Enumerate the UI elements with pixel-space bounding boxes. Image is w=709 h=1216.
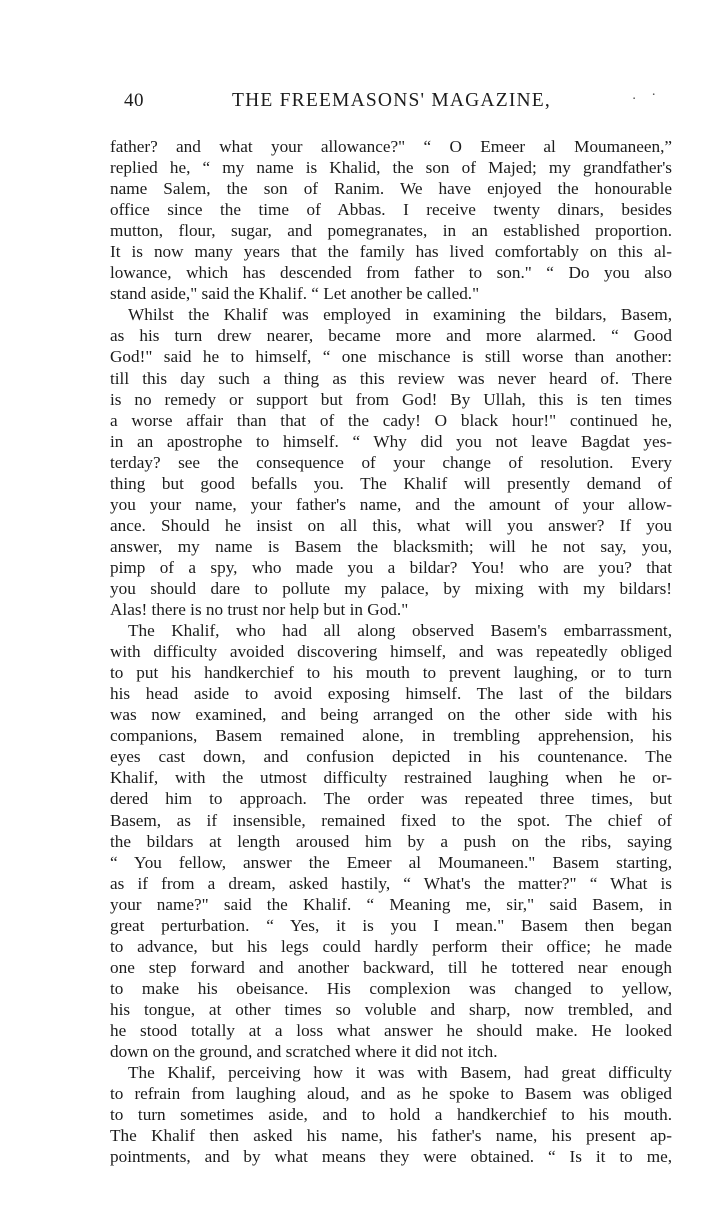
text-line: the bildars at length aroused him by a p… bbox=[110, 831, 672, 852]
text-line: thing but good befalls you. The Khalif w… bbox=[110, 473, 672, 494]
text-line: Basem, as if insensible, remained fixed … bbox=[110, 810, 672, 831]
text-line: Whilst the Khalif was employed in examin… bbox=[110, 304, 672, 325]
text-line: a worse affair than that of the cady! O … bbox=[110, 410, 672, 431]
text-line: dered him to approach. The order was rep… bbox=[110, 788, 672, 809]
text-line: Khalif, with the utmost difficulty restr… bbox=[110, 767, 672, 788]
text-line: his head aside to avoid exposing himself… bbox=[110, 683, 672, 704]
text-line: as his turn drew nearer, became more and… bbox=[110, 325, 672, 346]
text-line: “ You fellow, answer the Emeer al Mouman… bbox=[110, 852, 672, 873]
text-line: eyes cast down, and confusion depicted i… bbox=[110, 746, 672, 767]
text-line: one step forward and another backward, t… bbox=[110, 957, 672, 978]
paragraph-2: Whilst the Khalif was employed in examin… bbox=[110, 304, 672, 620]
text-line: answer, my name is Basem the blacksmith;… bbox=[110, 536, 672, 557]
text-line: his tongue, at other times so voluble an… bbox=[110, 999, 672, 1020]
paragraph-3: The Khalif, who had all along observed B… bbox=[110, 620, 672, 1062]
text-line: lowance, which has descended from father… bbox=[110, 262, 672, 283]
text-line: till this day such a thing as this revie… bbox=[110, 368, 672, 389]
page-number: 40 bbox=[124, 90, 144, 112]
text-line: stand aside," said the Khalif. “ Let ano… bbox=[110, 283, 672, 304]
text-line: you should dare to pollute my palace, by… bbox=[110, 578, 672, 599]
text-line: your name?" said the Khalif. “ Meaning m… bbox=[110, 894, 672, 915]
text-line: he stood totally at a loss what answer h… bbox=[110, 1020, 672, 1041]
magazine-title: THE FREEMASONS' MAGAZINE, bbox=[232, 90, 551, 112]
text-line: It is now many years that the family has… bbox=[110, 241, 672, 262]
text-line: to advance, but his legs could hardly pe… bbox=[110, 936, 672, 957]
text-line: God!" said he to himself, “ one mischanc… bbox=[110, 346, 672, 367]
text-line: you your name, your father's name, and t… bbox=[110, 494, 672, 515]
text-line: pointments, and by what means they were … bbox=[110, 1146, 672, 1167]
text-line: to put his handkerchief to his mouth to … bbox=[110, 662, 672, 683]
text-line: was now examined, and being arranged on … bbox=[110, 704, 672, 725]
text-line: office since the time of Abbas. I receiv… bbox=[110, 199, 672, 220]
text-line: replied he, “ my name is Khalid, the son… bbox=[110, 157, 672, 178]
text-line: down on the ground, and scratched where … bbox=[110, 1041, 672, 1062]
text-line: pimp of a spy, who made you a bildar? Yo… bbox=[110, 557, 672, 578]
text-line: father? and what your allowance?" “ O Em… bbox=[110, 136, 672, 157]
text-line: to refrain from laughing aloud, and as h… bbox=[110, 1083, 672, 1104]
text-line: Alas! there is no trust nor help but in … bbox=[110, 599, 672, 620]
text-line: The Khalif then asked his name, his fath… bbox=[110, 1125, 672, 1146]
paragraph-4: The Khalif, perceiving how it was with B… bbox=[110, 1062, 672, 1167]
paragraph-1: father? and what your allowance?" “ O Em… bbox=[110, 136, 672, 304]
text-line: The Khalif, who had all along observed B… bbox=[110, 620, 672, 641]
text-line: as if from a dream, asked hastily, “ Wha… bbox=[110, 873, 672, 894]
text-line: is no remedy or support but from God! By… bbox=[110, 389, 672, 410]
text-line: with difficulty avoided discovering hims… bbox=[110, 641, 672, 662]
running-head: 40 THE FREEMASONS' MAGAZINE, . · bbox=[110, 88, 672, 118]
text-line: ance. Should he insist on all this, what… bbox=[110, 515, 672, 536]
magazine-page: 40 THE FREEMASONS' MAGAZINE, . · father?… bbox=[110, 88, 672, 1167]
text-line: The Khalif, perceiving how it was with B… bbox=[110, 1062, 672, 1083]
text-line: in an apostrophe to himself. “ Why did y… bbox=[110, 431, 672, 452]
text-line: great perturbation. “ Yes, it is you I m… bbox=[110, 915, 672, 936]
text-line: to turn sometimes aside, and to hold a h… bbox=[110, 1104, 672, 1125]
text-line: to make his obeisance. His complexion wa… bbox=[110, 978, 672, 999]
text-line: name Salem, the son of Ranim. We have en… bbox=[110, 178, 672, 199]
text-line: terday? see the consequence of your chan… bbox=[110, 452, 672, 473]
body-text: father? and what your allowance?" “ O Em… bbox=[110, 136, 672, 1167]
text-line: mutton, flour, sugar, and pomegranates, … bbox=[110, 220, 672, 241]
text-line: companions, Basem remained alone, in tre… bbox=[110, 725, 672, 746]
print-marks: . · bbox=[632, 88, 662, 104]
